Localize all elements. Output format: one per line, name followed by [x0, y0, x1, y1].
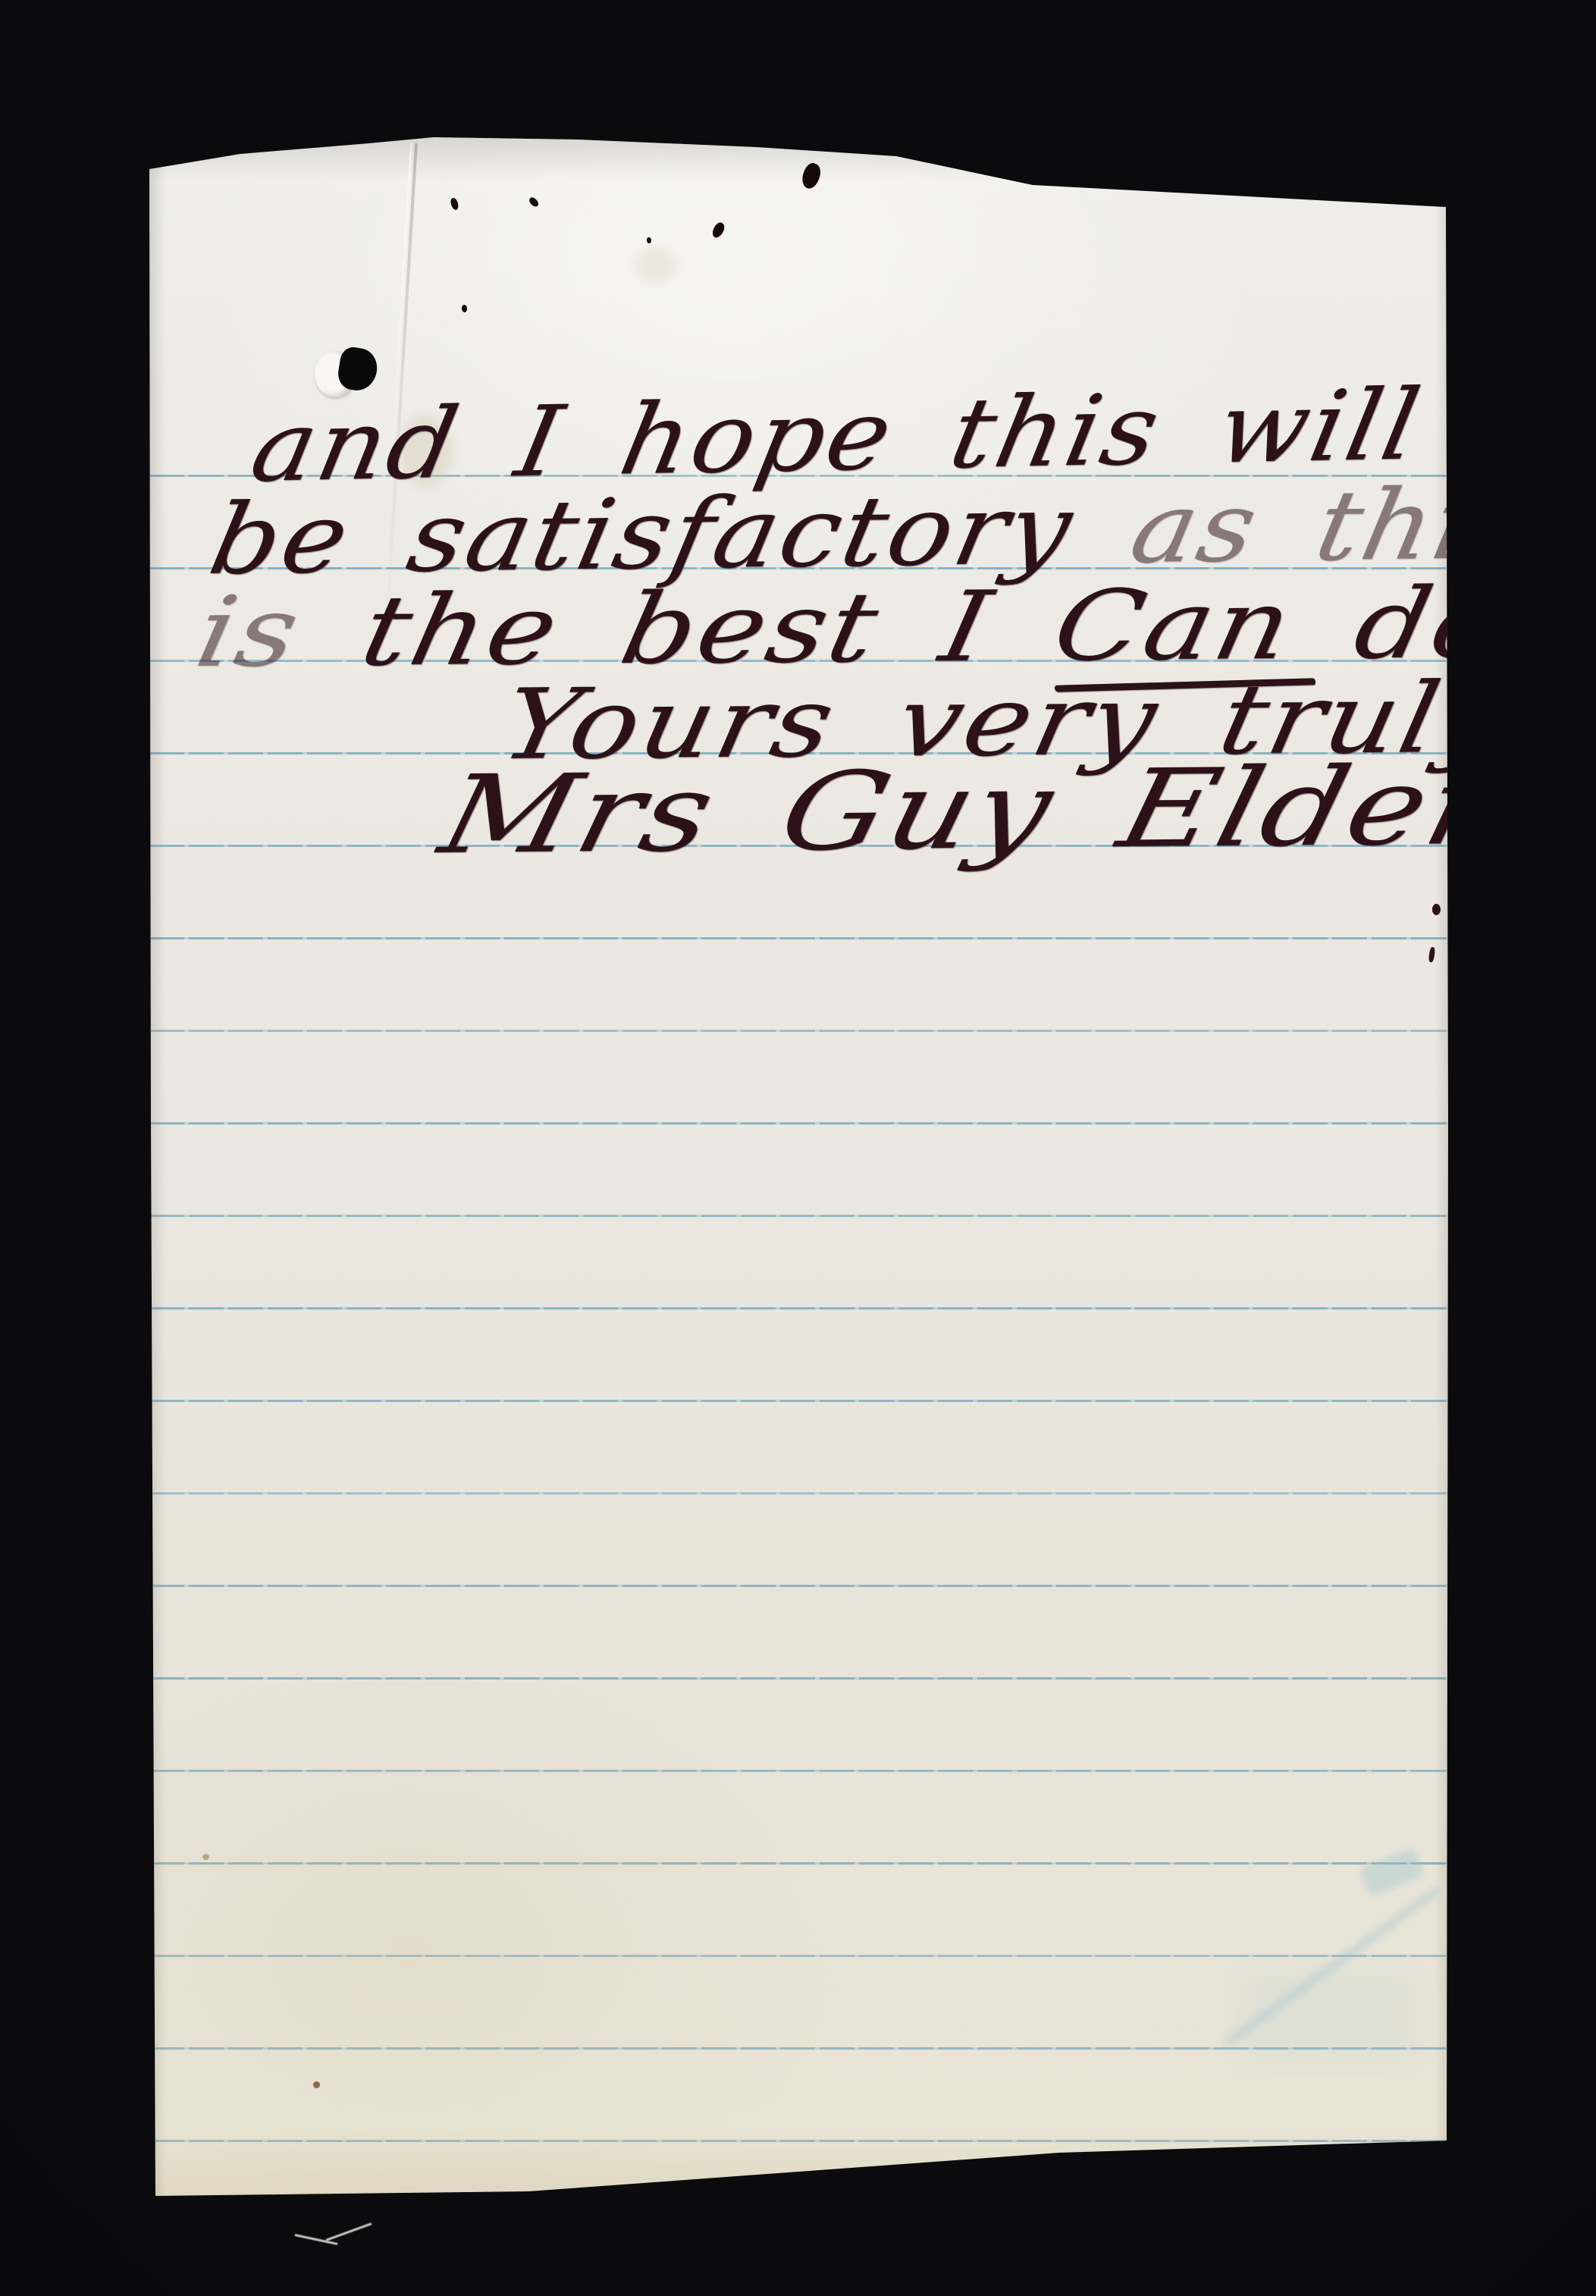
ruled-line [149, 1400, 1448, 1402]
scratch-mark [294, 2234, 337, 2245]
ruled-line [149, 1215, 1448, 1217]
ruled-line [149, 1307, 1448, 1310]
paper-fleck [313, 2081, 320, 2088]
ruled-line [149, 1770, 1448, 1772]
paper-stain [635, 248, 676, 282]
ruled-line [149, 1862, 1448, 1865]
ink-speck [647, 237, 651, 243]
ruled-line [149, 1492, 1448, 1495]
ink-speck [462, 305, 467, 312]
ruled-line [149, 1122, 1448, 1124]
paper-fleck [202, 1854, 209, 1860]
blue-smudge-wash [1241, 1969, 1416, 2060]
ruled-line [149, 1030, 1448, 1032]
signature-line: Mrs Guy Elderkin [431, 751, 1596, 870]
faint-ink-segment: is [187, 575, 376, 689]
ruled-line [149, 1585, 1448, 1587]
ruled-line [149, 2140, 1448, 2142]
ink-flourish-dot [1432, 904, 1441, 915]
ruled-line [149, 937, 1448, 939]
paper-sheet: and I hope this will be satisfactory as … [149, 134, 1448, 2197]
scratch-mark [325, 2222, 372, 2241]
ruled-line [149, 1677, 1448, 1680]
ruled-line [149, 1955, 1448, 1957]
photo-background: and I hope this will be satisfactory as … [0, 0, 1596, 2296]
